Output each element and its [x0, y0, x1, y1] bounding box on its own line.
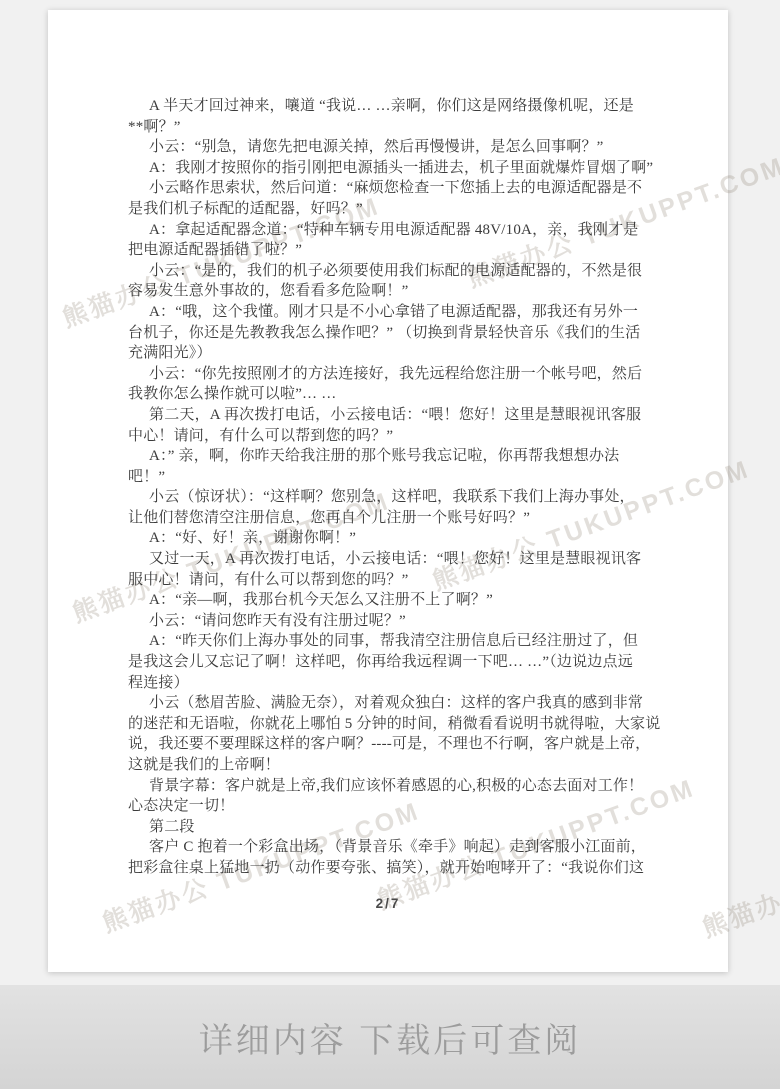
text-line: 小云：“你先按照刚才的方法连接好，我先远程给您注册一个帐号吧，然后 [128, 364, 662, 385]
text-line: 小云（惊讶状）：“这样啊？您别急，这样吧，我联系下我们上海办事处， [128, 487, 662, 508]
text-line: 程连接） [128, 673, 662, 694]
text-line: 是我这会儿又忘记了啊！这样吧，你再给我远程调一下吧… …”（边说边点远 [128, 652, 662, 673]
text-line: A 半天才回过神来，嚷道 “我说… …亲啊，你们这是网络摄像机呢，还是 [128, 96, 662, 117]
text-line: 让他们替您清空注册信息，您再自个儿注册一个账号好吗？” [128, 508, 662, 529]
text-line: 客户 C 抱着一个彩盒出场，（背景音乐《牵手》响起）走到客服小江面前， [128, 837, 662, 858]
text-line: 把彩盒往桌上猛地一扔（动作要夸张、搞笑），就开始咆哮开了：“我说你们这 [128, 858, 662, 879]
text-line: 第二段 [128, 817, 662, 838]
text-line: 的迷茫和无语啦，你就花上哪怕 5 分钟的时间，稍微看看说明书就得啦，大家说 [128, 714, 662, 735]
text-line: 第二天，A 再次拨打电话，小云接电话：“喂！您好！这里是慧眼视讯客服 [128, 405, 662, 426]
text-line: 是我们机子标配的适配器，好吗？” [128, 199, 662, 220]
download-notice-text: 详细内容 下载后可查阅 [199, 1013, 581, 1062]
text-line: 中心！请问，有什么可以帮到您的吗？” [128, 426, 662, 447]
text-line: A：“亲—啊，我那台机今天怎么又注册不上了啊？” [128, 590, 662, 611]
text-line: 容易发生意外事故的，您看看多危险啊！” [128, 281, 662, 302]
document-text: A 半天才回过神来，嚷道 “我说… …亲啊，你们这是网络摄像机呢，还是**啊？”… [128, 96, 662, 879]
text-line: A：“好、好！亲，谢谢你啊！” [128, 528, 662, 549]
document-page: 熊猫办公 TUKUPPT.COM 熊猫办公 TUKUPPT.COM 熊猫办公 T… [48, 10, 728, 972]
text-line: 充满阳光》） [128, 343, 662, 364]
text-line: 小云：“是的，我们的机子必须要使用我们标配的电源适配器的，不然是很 [128, 261, 662, 282]
page-number: 2/7 [48, 896, 728, 911]
text-line: 我教你怎么操作就可以啦”… … [128, 384, 662, 405]
text-line: 小云：“请问您昨天有没有注册过呢？” [128, 611, 662, 632]
text-line: 又过一天，A 再次拨打电话，小云接电话：“喂！您好！这里是慧眼视讯客 [128, 549, 662, 570]
text-line: 把电源适配器插错了啦？” [128, 240, 662, 261]
watermark-text: 熊猫办公 TUKUPPT.COM [699, 802, 780, 943]
text-line: A：“哦，这个我懂。刚才只是不小心拿错了电源适配器，那我还有另外一 [128, 302, 662, 323]
text-line: 小云（愁眉苦脸、满脸无奈），对着观众独白：这样的客户我真的感到非常 [128, 693, 662, 714]
text-line: 背景字幕：客户就是上帝,我们应该怀着感恩的心,积极的心态去面对工作！ [128, 776, 662, 797]
download-notice-bar[interactable]: 详细内容 下载后可查阅 [0, 985, 780, 1089]
text-line: A：“昨天你们上海办事处的同事，帮我清空注册信息后已经注册过了，但 [128, 631, 662, 652]
document-preview: 熊猫办公 TUKUPPT.COM 熊猫办公 TUKUPPT.COM 熊猫办公 T… [0, 0, 780, 1089]
text-line: **啊？” [128, 117, 662, 138]
text-line: 说，我还要不要理睬这样的客户啊？----可是，不理也不行啊，客户就是上帝， [128, 734, 662, 755]
watermark: 熊猫办公 TUKUPPT.COM [697, 796, 780, 945]
text-line: 这就是我们的上帝啊！ [128, 755, 662, 776]
text-line: 服中心！请问，有什么可以帮到您的吗？” [128, 570, 662, 591]
text-line: A：拿起适配器念道：“特种车辆专用电源适配器 48V/10A，亲，我刚才是 [128, 220, 662, 241]
text-line: A：” 亲，啊，你昨天给我注册的那个账号我忘记啦，你再帮我想想办法 [128, 446, 662, 467]
text-line: 小云略作思索状，然后问道：“麻烦您检查一下您插上去的电源适配器是不 [128, 178, 662, 199]
text-line: A：我刚才按照你的指引刚把电源插头一插进去，机子里面就爆炸冒烟了啊” [128, 158, 662, 179]
text-line: 吧！” [128, 467, 662, 488]
text-line: 心态决定一切！ [128, 796, 662, 817]
text-line: 小云：“别急，请您先把电源关掉，然后再慢慢讲，是怎么回事啊？” [128, 137, 662, 158]
text-line: 台机子，你还是先教教我怎么操作吧？” （切换到背景轻快音乐《我们的生活 [128, 323, 662, 344]
